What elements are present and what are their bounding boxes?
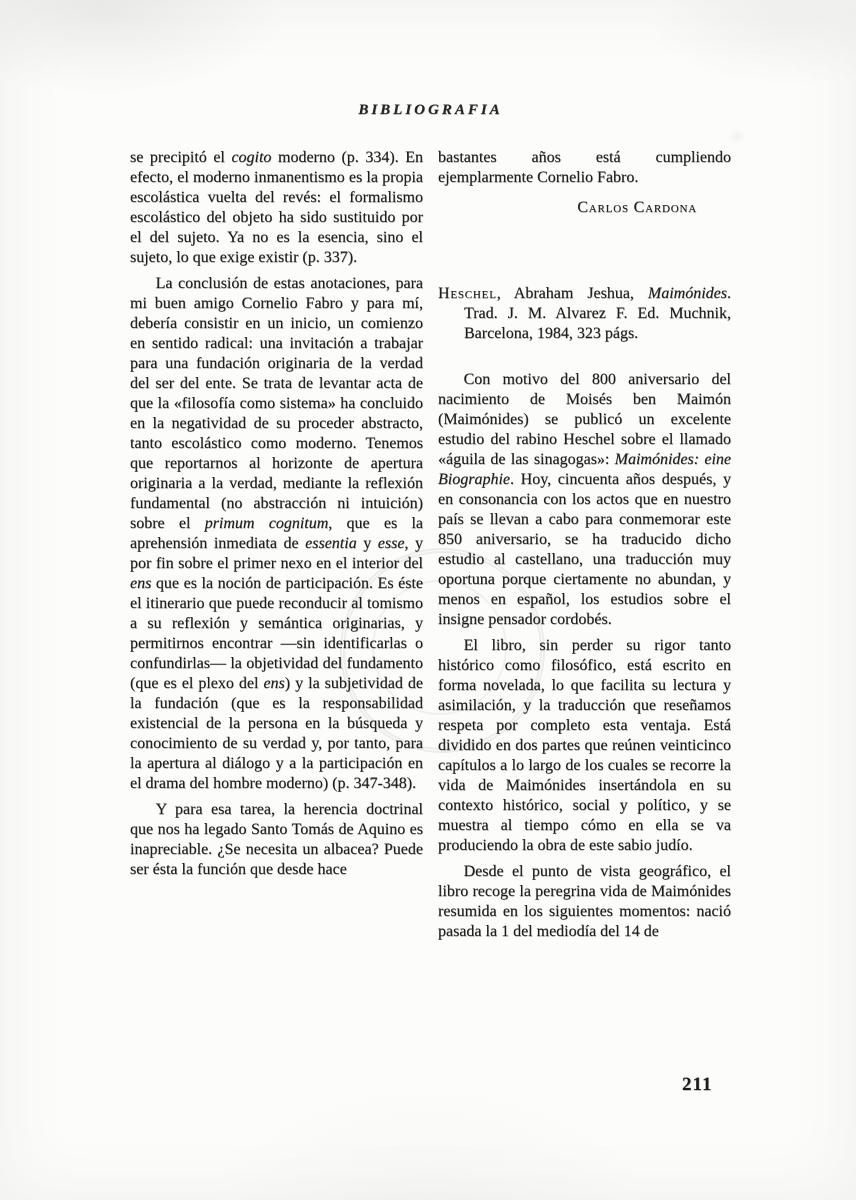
paragraph: bastantes años está cumpliendo ejemplarm… <box>438 148 731 188</box>
italic-text-segment: cogito <box>231 149 271 166</box>
text-segment: Y para esa tarea, la herencia doctrinal … <box>130 801 423 878</box>
scanned-journal-page: BIBLIOGRAFIA se precipitó el cogito mode… <box>0 0 856 1200</box>
column-left: se precipitó el cogito moderno (p. 334).… <box>130 148 423 948</box>
text-segment: moderno (p. 334). En efecto, el moderno … <box>130 149 423 266</box>
text-segment: La conclusión de estas anotaciones, para… <box>130 275 423 532</box>
italic-text-segment: Maimónides <box>648 285 727 302</box>
italic-text-segment: essentia <box>305 535 357 552</box>
text-segment: bastantes años está cumpliendo ejemplarm… <box>438 149 731 186</box>
italic-text-segment: ens <box>130 575 151 592</box>
column-right: bastantes años está cumpliendo ejemplarm… <box>438 148 731 948</box>
bibliography-entry: Heschel, Abraham Jeshua, Maimónides. Tra… <box>438 284 731 344</box>
italic-text-segment: primum cognitum <box>205 515 329 532</box>
paragraph: El libro, sin perder su rigor tanto hist… <box>438 636 731 856</box>
smallcaps-text-segment: Carlos Cardona <box>577 199 697 216</box>
text-segment: , Abraham Jeshua, <box>497 285 648 302</box>
text-segment: se precipitó el <box>130 149 231 166</box>
paragraph: Con motivo del 800 aniversario del nacim… <box>438 370 731 630</box>
text-segment: El libro, sin perder su rigor tanto hist… <box>438 637 731 854</box>
text-segment: y <box>357 535 378 552</box>
running-head-bibliografia: BIBLIOGRAFIA <box>130 102 731 119</box>
page-content: se precipitó el cogito moderno (p. 334).… <box>130 148 732 948</box>
italic-text-segment: ens <box>263 675 284 692</box>
smallcaps-text-segment: Heschel <box>438 285 497 302</box>
scan-smudge <box>732 133 742 140</box>
paragraph: Desde el punto de vista geográfico, el l… <box>438 862 731 942</box>
page-number: 211 <box>682 1074 712 1096</box>
paragraph: se precipitó el cogito moderno (p. 334).… <box>130 148 423 268</box>
paragraph: Y para esa tarea, la herencia doctrinal … <box>130 800 423 880</box>
text-segment: . Hoy, cincuenta años después, y en cons… <box>438 471 731 628</box>
paragraph: La conclusión de estas anotaciones, para… <box>130 274 423 794</box>
italic-text-segment: esse <box>378 535 405 552</box>
two-column-layout: se precipitó el cogito moderno (p. 334).… <box>130 148 732 948</box>
text-segment: Desde el punto de vista geográfico, el l… <box>438 863 731 940</box>
author-signature: Carlos Cardona <box>438 198 731 218</box>
text-segment: ) y la subjetividad de la fundación (que… <box>130 675 423 792</box>
